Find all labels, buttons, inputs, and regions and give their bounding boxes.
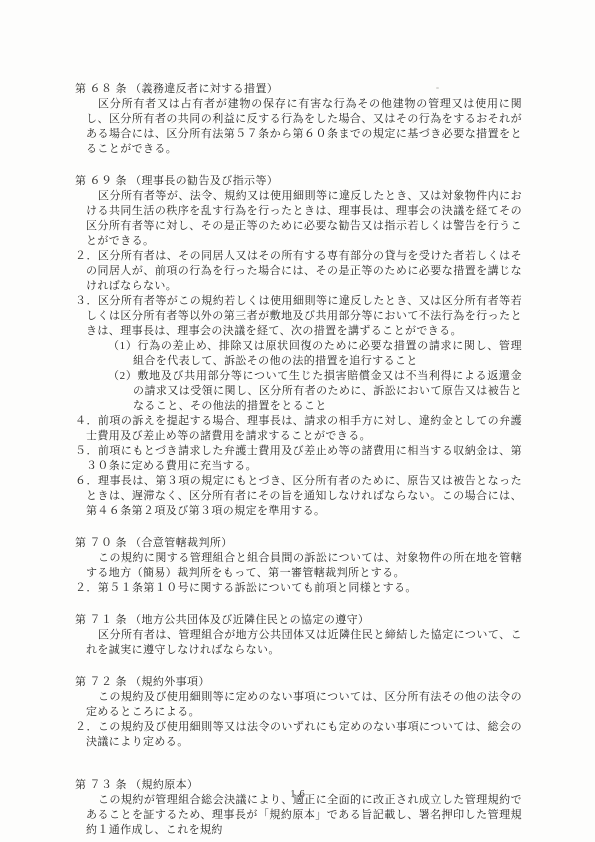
article-69-paragraph-4: ４．前項の訴えを提起する場合、理事長は、請求の相手方に対し、違約金としての弁護士…	[75, 414, 522, 444]
document-content: 第 ６８ 条 （義務違反者に対する措置） 区分所有者又は占有者が建物の保存に有害…	[75, 82, 522, 838]
article-72-paragraph-2: ２．この規約及び使用細則等又は法令のいずれにも定めのない事項については、総会の決…	[75, 720, 522, 750]
article-70-heading: 第 ７０ 条 （合意管轄裁判所）	[75, 536, 522, 551]
article-70-paragraph-1: この規約に関する管理組合と組合員間の訴訟については、対象物件の所在地を管轄する地…	[75, 551, 522, 581]
article-69-paragraph-5: ５．前項にもとづき請求した弁護士費用及び差止め等の諸費用に相当する収納金は、第３…	[75, 444, 522, 474]
article-73: 第 ７３ 条 （規約原本） この規約が管理組合総会決議により、適正に全面的に改正…	[75, 778, 522, 838]
article-69-paragraph-3-item-2: （2）敷地及び共用部分等について生じた損害賠償金又は不当利得による返還金の請求又…	[75, 369, 522, 414]
article-69-paragraph-2: ２．区分所有者は、その同居人又はその所有する専有部分の貸与を受けた者若しくはその…	[75, 249, 522, 294]
article-69-heading: 第 ６９ 条 （理事長の勧告及び指示等）	[75, 174, 522, 189]
article-72-paragraph-1: この規約及び使用細則等に定めのない事項については、区分所有法その他の法令の定める…	[75, 690, 522, 720]
article-69-paragraph-3-item-1: （1）行為の差止め、排除又は原状回復のために必要な措置の請求に関し、管理組合を代…	[75, 339, 522, 369]
page-number: 16	[0, 789, 595, 800]
article-71: 第 ７１ 条 （地方公共団体及び近隣住民との協定の遵守） 区分所有者は、管理組合…	[75, 613, 522, 658]
article-68-heading: 第 ６８ 条 （義務違反者に対する措置）	[75, 82, 522, 97]
article-68-paragraph-1: 区分所有者又は占有者が建物の保存に有害な行為その他建物の管理又は使用に関し、区分…	[75, 97, 522, 157]
article-71-heading: 第 ７１ 条 （地方公共団体及び近隣住民との協定の遵守）	[75, 613, 522, 628]
article-72: 第 ７２ 条 （規約外事項） この規約及び使用細則等に定めのない事項については、…	[75, 675, 522, 750]
article-70-paragraph-2: ２．第５１条第１０号に関する訴訟についても前項と同様とする。	[75, 581, 522, 596]
article-71-paragraph-1: 区分所有者は、管理組合が地方公共団体又は近隣住民と締結した協定について、これを誠…	[75, 628, 522, 658]
article-70: 第 ７０ 条 （合意管轄裁判所） この規約に関する管理組合と組合員間の訴訟につい…	[75, 536, 522, 596]
scan-artifact-dot	[436, 87, 439, 89]
article-69-paragraph-1: 区分所有者等が、法令、規約又は使用細則等に違反したとき、又は対象物件内における共…	[75, 189, 522, 249]
article-72-heading: 第 ７２ 条 （規約外事項）	[75, 675, 522, 690]
article-69-paragraph-3: ３．区分所有者等がこの規約若しくは使用細則等に違反したとき、又は区分所有者等若し…	[75, 294, 522, 339]
article-69: 第 ６９ 条 （理事長の勧告及び指示等） 区分所有者等が、法令、規約又は使用細則…	[75, 174, 522, 519]
article-68: 第 ６８ 条 （義務違反者に対する措置） 区分所有者又は占有者が建物の保存に有害…	[75, 82, 522, 157]
document-page: 第 ６８ 条 （義務違反者に対する措置） 区分所有者又は占有者が建物の保存に有害…	[0, 0, 595, 842]
article-69-paragraph-6: ６．理事長は、第３項の規定にもとづき、区分所有者のために、原告又は被告となったと…	[75, 474, 522, 519]
